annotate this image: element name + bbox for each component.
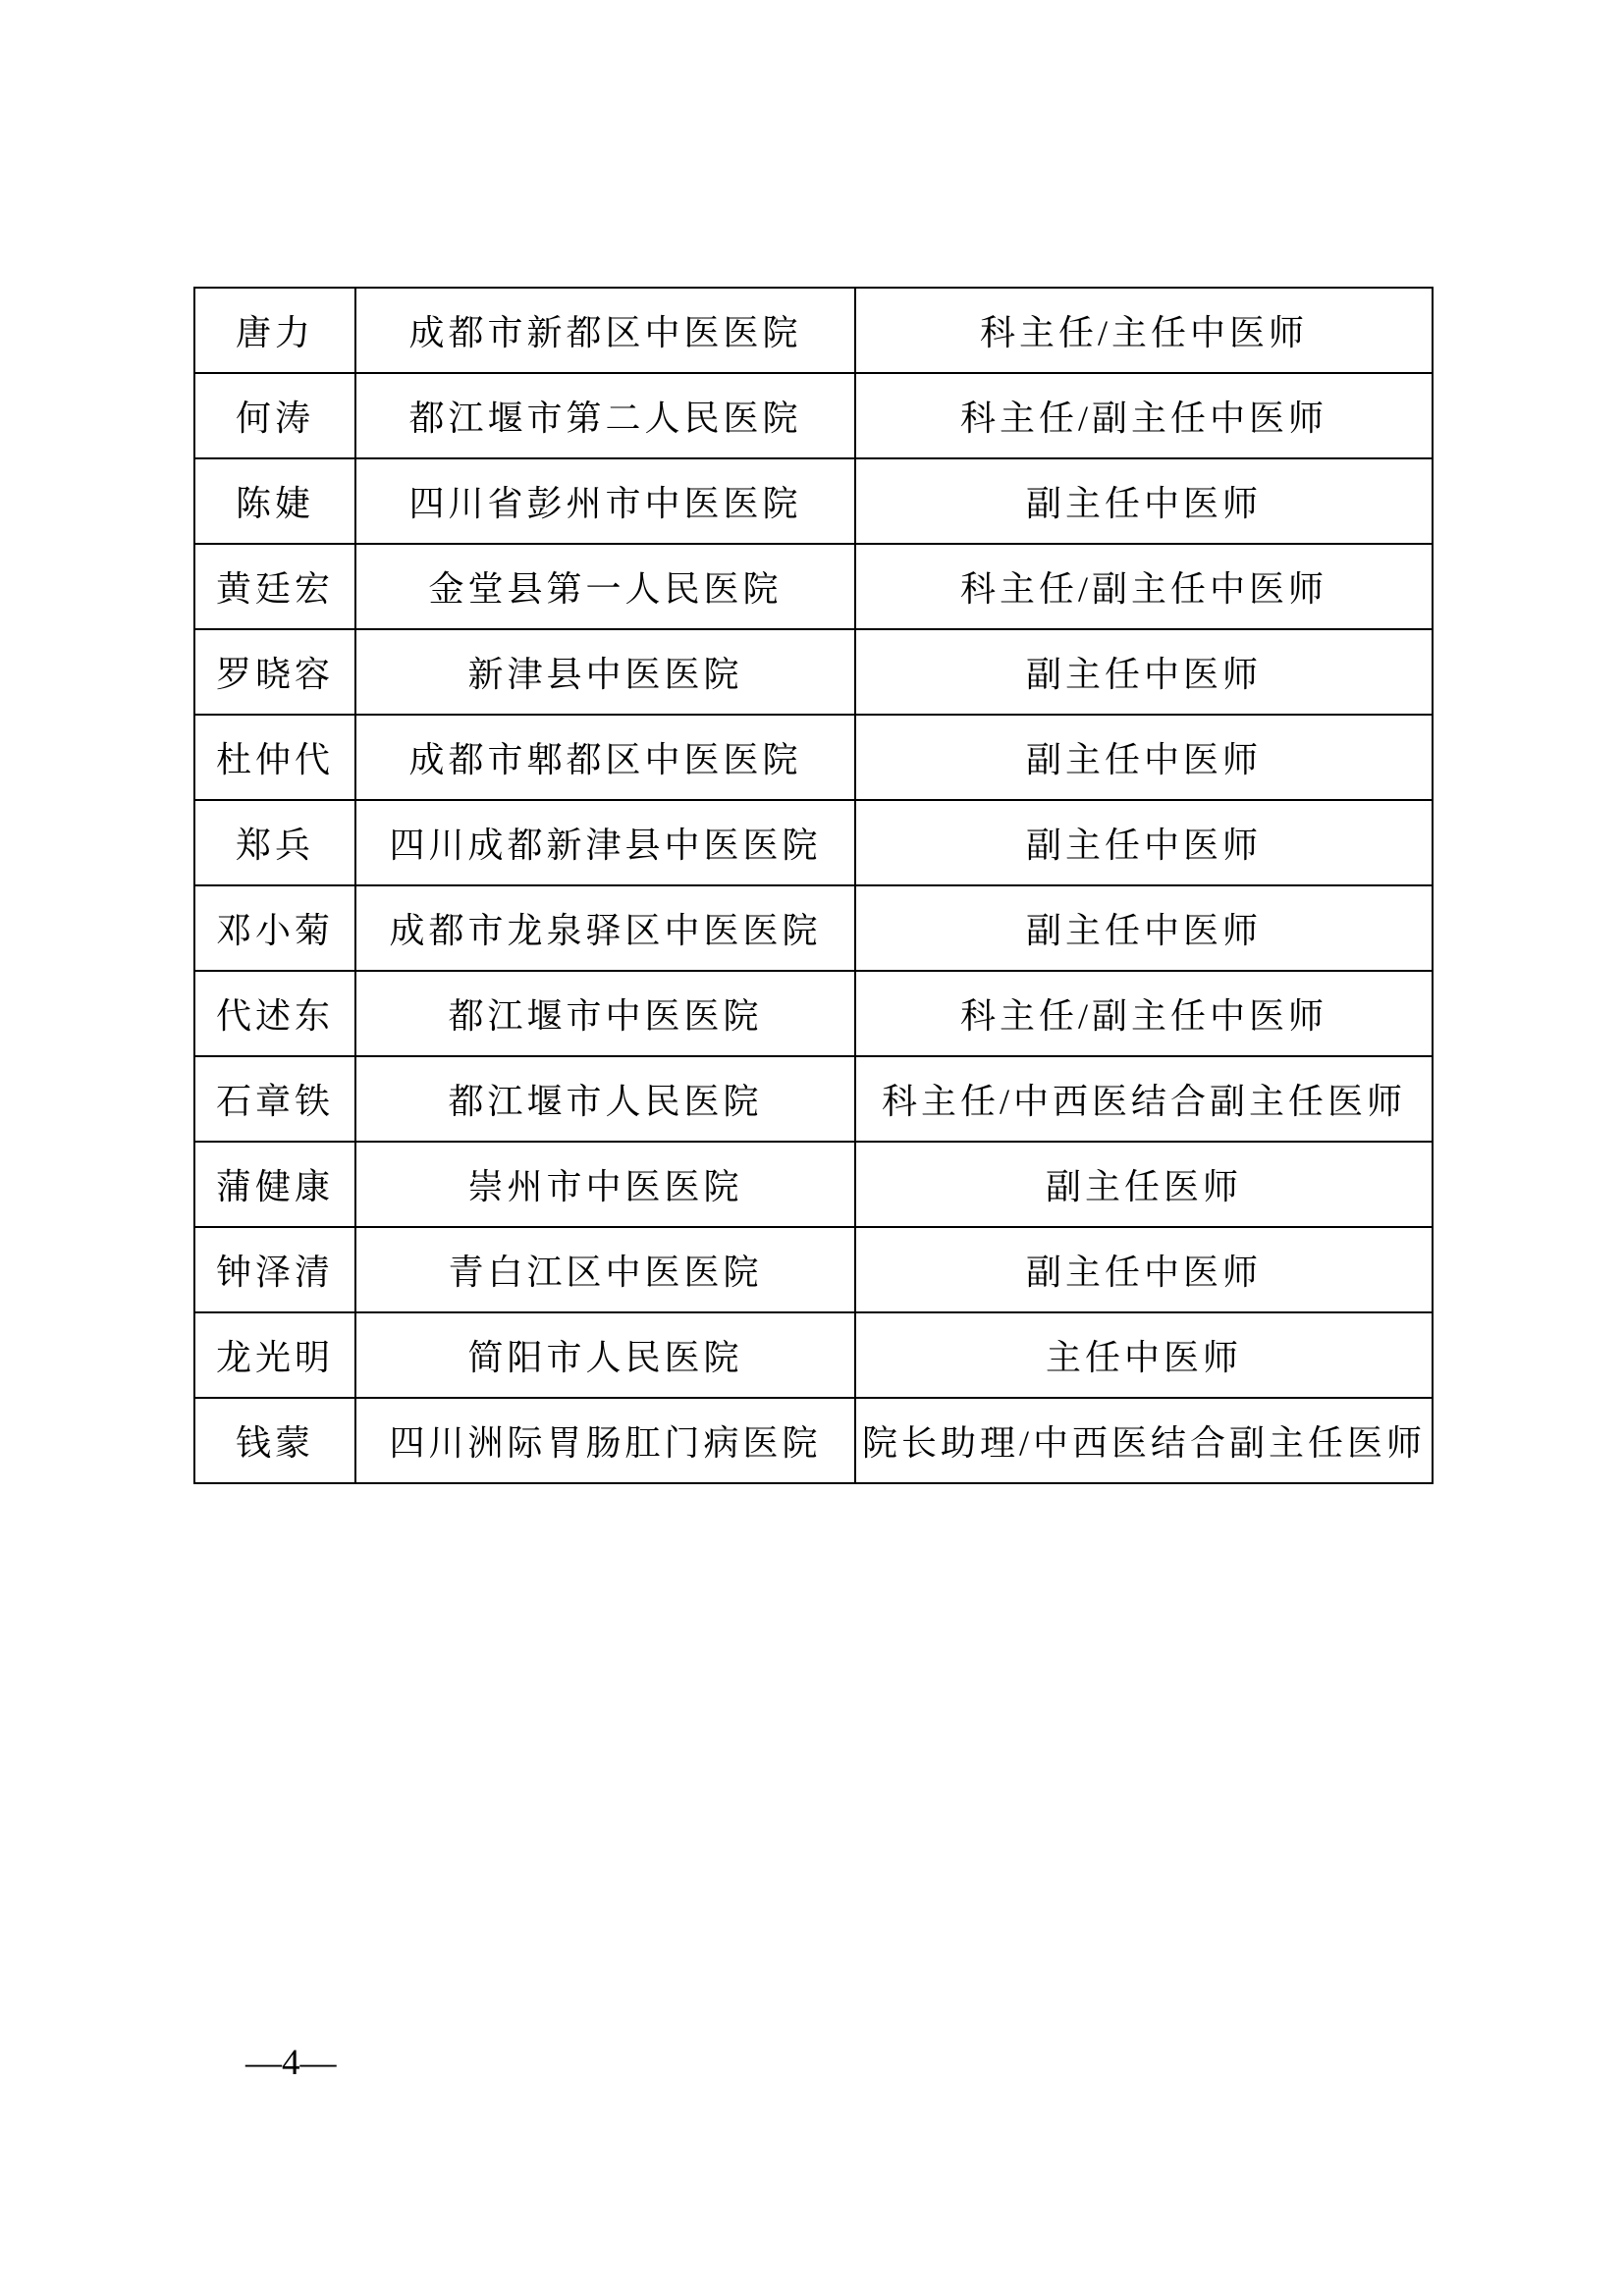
table-row: 钱蒙四川洲际胃肠肛门病医院院长助理/中西医结合副主任医师 [194, 1398, 1433, 1483]
table-row: 陈婕四川省彭州市中医医院副主任中医师 [194, 458, 1433, 544]
cell-name: 钱蒙 [194, 1398, 355, 1483]
cell-name: 黄廷宏 [194, 544, 355, 629]
cell-title: 科主任/副主任中医师 [855, 544, 1433, 629]
cell-title: 院长助理/中西医结合副主任医师 [855, 1398, 1433, 1483]
cell-hospital: 青白江区中医医院 [355, 1227, 855, 1312]
cell-title: 科主任/中西医结合副主任医师 [855, 1056, 1433, 1142]
personnel-roster-table: 唐力成都市新都区中医医院科主任/主任中医师何涛都江堰市第二人民医院科主任/副主任… [193, 287, 1434, 1484]
cell-name: 蒲健康 [194, 1142, 355, 1227]
cell-name: 龙光明 [194, 1312, 355, 1398]
cell-title: 副主任中医师 [855, 885, 1433, 971]
table-row: 龙光明简阳市人民医院主任中医师 [194, 1312, 1433, 1398]
cell-name: 陈婕 [194, 458, 355, 544]
table-row: 罗晓容新津县中医医院副主任中医师 [194, 629, 1433, 715]
table-row: 郑兵四川成都新津县中医医院副主任中医师 [194, 800, 1433, 885]
cell-title: 科主任/主任中医师 [855, 288, 1433, 373]
table-row: 代述东都江堰市中医医院科主任/副主任中医师 [194, 971, 1433, 1056]
table-row: 蒲健康崇州市中医医院副主任医师 [194, 1142, 1433, 1227]
table-row: 钟泽清青白江区中医医院副主任中医师 [194, 1227, 1433, 1312]
cell-title: 副主任中医师 [855, 458, 1433, 544]
cell-hospital: 都江堰市人民医院 [355, 1056, 855, 1142]
cell-hospital: 四川洲际胃肠肛门病医院 [355, 1398, 855, 1483]
cell-hospital: 简阳市人民医院 [355, 1312, 855, 1398]
cell-title: 副主任医师 [855, 1142, 1433, 1227]
roster-table-body: 唐力成都市新都区中医医院科主任/主任中医师何涛都江堰市第二人民医院科主任/副主任… [194, 288, 1433, 1483]
cell-title: 副主任中医师 [855, 629, 1433, 715]
table-row: 唐力成都市新都区中医医院科主任/主任中医师 [194, 288, 1433, 373]
cell-name: 杜仲代 [194, 715, 355, 800]
table-row: 邓小菊成都市龙泉驿区中医医院副主任中医师 [194, 885, 1433, 971]
cell-title: 主任中医师 [855, 1312, 1433, 1398]
cell-hospital: 新津县中医医院 [355, 629, 855, 715]
page-number: —4— [245, 2042, 337, 2084]
cell-hospital: 金堂县第一人民医院 [355, 544, 855, 629]
table-row: 杜仲代成都市郫都区中医医院副主任中医师 [194, 715, 1433, 800]
cell-hospital: 成都市新都区中医医院 [355, 288, 855, 373]
table-row: 黄廷宏金堂县第一人民医院科主任/副主任中医师 [194, 544, 1433, 629]
cell-title: 副主任中医师 [855, 800, 1433, 885]
cell-name: 钟泽清 [194, 1227, 355, 1312]
cell-hospital: 都江堰市中医医院 [355, 971, 855, 1056]
cell-name: 石章铁 [194, 1056, 355, 1142]
cell-hospital: 成都市郫都区中医医院 [355, 715, 855, 800]
cell-title: 科主任/副主任中医师 [855, 373, 1433, 458]
cell-title: 副主任中医师 [855, 715, 1433, 800]
cell-hospital: 崇州市中医医院 [355, 1142, 855, 1227]
table-row: 石章铁都江堰市人民医院科主任/中西医结合副主任医师 [194, 1056, 1433, 1142]
table-row: 何涛都江堰市第二人民医院科主任/副主任中医师 [194, 373, 1433, 458]
cell-hospital: 成都市龙泉驿区中医医院 [355, 885, 855, 971]
cell-title: 科主任/副主任中医师 [855, 971, 1433, 1056]
cell-name: 代述东 [194, 971, 355, 1056]
cell-hospital: 四川省彭州市中医医院 [355, 458, 855, 544]
cell-name: 罗晓容 [194, 629, 355, 715]
document-page: 唐力成都市新都区中医医院科主任/主任中医师何涛都江堰市第二人民医院科主任/副主任… [0, 0, 1624, 2296]
cell-name: 郑兵 [194, 800, 355, 885]
cell-hospital: 都江堰市第二人民医院 [355, 373, 855, 458]
cell-title: 副主任中医师 [855, 1227, 1433, 1312]
cell-name: 唐力 [194, 288, 355, 373]
cell-hospital: 四川成都新津县中医医院 [355, 800, 855, 885]
cell-name: 何涛 [194, 373, 355, 458]
cell-name: 邓小菊 [194, 885, 355, 971]
